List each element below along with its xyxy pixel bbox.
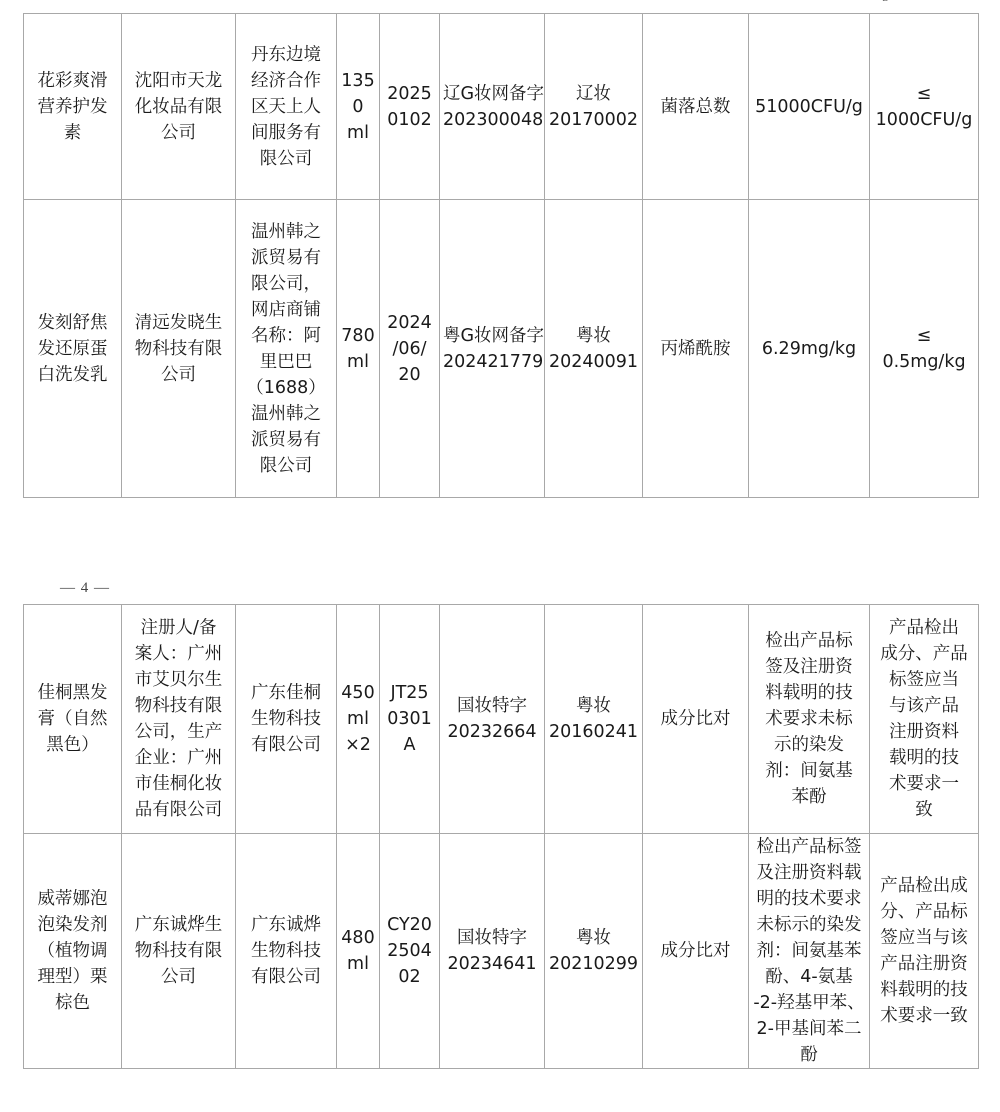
cell-text-line: 术要求一致 [873,1003,975,1029]
cell-text-line: 公司 [125,964,232,990]
product-name-cell: 佳桐黑发膏（自然黑色） [24,605,122,834]
cell-text-line: 温州韩之 [239,219,333,245]
cell-text-line: CY20 [383,912,436,938]
cell-text-line: 生物科技 [239,938,333,964]
cell-text-line: 成分、产品 [873,641,975,667]
cell-text-line: 及注册资料载 [752,860,866,886]
spec-cell: 780ml [337,200,380,498]
cell-text-line: 白洗发乳 [27,362,118,388]
cell-text-line: 产品检出成 [873,873,975,899]
batch-cell: 2024/06/20 [380,200,440,498]
cell-text-line: ≤ [873,323,975,349]
cell-text-line: 780 [340,323,376,349]
previous-page-number-fragment: 5 [882,0,896,3]
cell-text-line: 致 [873,797,975,823]
cell-text-line: 产品检出 [873,615,975,641]
cell-text-line: 2504 [383,938,436,964]
cell-text-line: 料载明的技 [752,680,866,706]
product-name-cell: 发刻舒焦发还原蛋白洗发乳 [24,200,122,498]
test-result-cell: 6.29mg/kg [749,200,870,498]
cell-text-line: 清远发晓生 [125,310,232,336]
cell-text-line: 区天上人 [239,94,333,120]
cell-text-line: 有限公司 [239,732,333,758]
spec-cell: 450ml×2 [337,605,380,834]
cell-text-line: 间服务有 [239,120,333,146]
cell-text-line: 示的染发 [752,732,866,758]
cell-text-line: 限公司， [239,271,333,297]
batch-cell: JT250301A [380,605,440,834]
cell-text-line: 未标示的染发 [752,912,866,938]
cell-text-line: 国妆特字 [443,693,541,719]
table-row: 发刻舒焦发还原蛋白洗发乳 清远发晓生物科技有限公司 温州韩之派贸易有限公司，网店… [24,200,979,498]
cell-text-line: 检出产品标 [752,628,866,654]
cell-text-line: 20160241 [548,719,639,745]
cell-text-line: 载明的技 [873,745,975,771]
standard-limit-cell: ≤1000CFU/g [870,14,979,200]
cell-text-line: 2025 [383,81,436,107]
cell-text-line: 辽G妆网备字 [443,81,541,107]
cell-text-line: 物科技有限 [125,336,232,362]
cell-text-line: 公司 [125,362,232,388]
cell-text-line: 素 [27,120,118,146]
cell-text-line: 辽妆 [548,81,639,107]
registrant-cell: 清远发晓生物科技有限公司 [122,200,236,498]
cell-text-line: 广东诚烨 [239,912,333,938]
registrant-cell: 沈阳市天龙化妆品有限公司 [122,14,236,200]
cell-text-line: 市艾贝尔生 [125,667,232,693]
cell-text-line: JT25 [383,680,436,706]
standard-limit-cell: 产品检出成分、产品标签应当与该产品注册资料载明的技术要求一致 [870,834,979,1069]
cell-text-line: 20210299 [548,951,639,977]
test-item-cell: 成分比对 [643,605,749,834]
cell-text-line: 丹东边境 [239,42,333,68]
cell-text-line: 市佳桐化妆 [125,771,232,797]
cell-text-line: 物科技有限 [125,938,232,964]
cell-text-line: 公司 [125,120,232,146]
cell-text-line: 苯酚 [752,784,866,810]
cell-text-line: ml [340,951,376,977]
cell-text-line: 限公司 [239,453,333,479]
cell-text-line: 有限公司 [239,964,333,990]
batch-cell: 20250102 [380,14,440,200]
standard-limit-cell: 产品检出成分、产品标签应当与该产品注册资料载明的技术要求一致 [870,605,979,834]
operator-cell: 丹东边境经济合作区天上人间服务有限公司 [236,14,337,200]
cell-text-line: 粤妆 [548,323,639,349]
cell-text-line: 产品注册资 [873,951,975,977]
cell-text-line: 02 [383,964,436,990]
cell-text-line: 黑色） [27,732,118,758]
cell-text-line: 营养护发 [27,94,118,120]
cell-text-line: 20240091 [548,349,639,375]
cell-text-line: 限公司 [239,146,333,172]
cell-text-line: 注册人/备 [125,615,232,641]
standard-limit-cell: ≤0.5mg/kg [870,200,979,498]
cell-text-line: 标签应当 [873,667,975,693]
cell-text-line: 剂：间氨基 [752,758,866,784]
cell-text-line: ml [340,706,376,732]
cell-text-line: 术要求未标 [752,706,866,732]
approval-number-cell: 辽G妆网备字2023000489 [440,14,545,200]
cell-text-line: 派贸易有 [239,245,333,271]
operator-cell: 广东诚烨生物科技有限公司 [236,834,337,1069]
registrant-cell: 广东诚烨生物科技有限公司 [122,834,236,1069]
cell-text-line: 膏（自然 [27,706,118,732]
approval-number-cell: 国妆特字20232664 [440,605,545,834]
product-name-cell: 威蒂娜泡泡染发剂（植物调理型）栗棕色 [24,834,122,1069]
operator-cell: 温州韩之派贸易有限公司，网店商铺名称：阿里巴巴（1688）温州韩之派贸易有限公司 [236,200,337,498]
test-result-cell: 检出产品标签及注册资料载明的技术要求未标示的染发剂：间氨基苯酚、4-氨基-2-羟… [749,834,870,1069]
table-row: 佳桐黑发膏（自然黑色） 注册人/备案人：广州市艾贝尔生物科技有限公司，生产企业：… [24,605,979,834]
cell-text-line: 理型）栗 [27,964,118,990]
cell-text-line: 签应当与该 [873,925,975,951]
test-result-cell: 51000CFU/g [749,14,870,200]
cell-text-line: 2-甲基间苯二 [752,1016,866,1042]
cell-text-line: 20 [383,362,436,388]
cell-text-line: 粤G妆网备字 [443,323,541,349]
cell-text-line: 酚、4-氨基 [752,964,866,990]
license-number-cell: 粤妆20160241 [545,605,643,834]
cell-text-line: 135 [340,68,376,94]
license-number-cell: 粤妆20240091 [545,200,643,498]
cell-text-line: 术要求一 [873,771,975,797]
cell-text-line: 棕色 [27,990,118,1016]
cell-text-line: 沈阳市天龙 [125,68,232,94]
cell-text-line: ≤ [873,81,975,107]
cell-text-line: 450 [340,680,376,706]
cell-text-line: 物科技有限 [125,693,232,719]
cell-text-line: 国妆特字 [443,925,541,951]
table-row: 威蒂娜泡泡染发剂（植物调理型）栗棕色 广东诚烨生物科技有限公司 广东诚烨生物科技… [24,834,979,1069]
cell-text-line: 1000CFU/g [873,107,975,133]
cell-text-line: 生物科技 [239,706,333,732]
cell-text-line: 网店商铺 [239,297,333,323]
cell-text-line: /06/ [383,336,436,362]
cell-text-line: 企业：广州 [125,745,232,771]
cell-text-line: -2-羟基甲苯、 [752,990,866,1016]
cell-text-line: 里巴巴 [239,349,333,375]
cell-text-line: 广东诚烨生 [125,912,232,938]
cell-text-line: 发还原蛋 [27,336,118,362]
cell-text-line: 粤妆 [548,925,639,951]
cell-text-line: 发刻舒焦 [27,310,118,336]
cell-text-line: A [383,732,436,758]
approval-number-cell: 国妆特字20234641 [440,834,545,1069]
cell-text-line: 20234641 [443,951,541,977]
cell-text-line: 注册资料 [873,719,975,745]
batch-cell: CY20250402 [380,834,440,1069]
table-row: 花彩爽滑营养护发素 沈阳市天龙化妆品有限公司 丹东边境经济合作区天上人间服务有限… [24,14,979,200]
cell-text-line: 分、产品标 [873,899,975,925]
operator-cell: 广东佳桐生物科技有限公司 [236,605,337,834]
inspection-results-table-continued: 花彩爽滑营养护发素 沈阳市天龙化妆品有限公司 丹东边境经济合作区天上人间服务有限… [23,13,979,498]
test-result-cell: 检出产品标签及注册资料载明的技术要求未标示的染发剂：间氨基苯酚 [749,605,870,834]
test-item-cell: 菌落总数 [643,14,749,200]
cell-text-line: 派贸易有 [239,427,333,453]
cell-text-line: 料载明的技 [873,977,975,1003]
cell-text-line: 威蒂娜泡 [27,886,118,912]
cell-text-line: 佳桐黑发 [27,680,118,706]
cell-text-line: 检出产品标签 [752,834,866,860]
cell-text-line: 粤妆 [548,693,639,719]
cell-text-line: 酚 [752,1042,866,1068]
inspection-results-table: 佳桐黑发膏（自然黑色） 注册人/备案人：广州市艾贝尔生物科技有限公司，生产企业：… [23,604,979,1069]
cell-text-line: 2023000489 [443,107,541,133]
spec-cell: 480ml [337,834,380,1069]
cell-text-line: 花彩爽滑 [27,68,118,94]
cell-text-line: 20170002 [548,107,639,133]
cell-text-line: 0102 [383,107,436,133]
cell-text-line: 温州韩之 [239,401,333,427]
approval-number-cell: 粤G妆网备字2024217791 [440,200,545,498]
license-number-cell: 粤妆20210299 [545,834,643,1069]
cell-text-line: 广东佳桐 [239,680,333,706]
cell-text-line: 480 [340,925,376,951]
test-item-cell: 成分比对 [643,834,749,1069]
cell-text-line: 与该产品 [873,693,975,719]
cell-text-line: ml [340,349,376,375]
cell-text-line: 泡染发剂 [27,912,118,938]
cell-text-line: 明的技术要求 [752,886,866,912]
cell-text-line: 2024217791 [443,349,541,375]
cell-text-line: 剂：间氨基苯 [752,938,866,964]
cell-text-line: ×2 [340,732,376,758]
cell-text-line: ml [340,120,376,146]
cell-text-line: 0301 [383,706,436,732]
cell-text-line: 2024 [383,310,436,336]
cell-text-line: 名称：阿 [239,323,333,349]
cell-text-line: 案人：广州 [125,641,232,667]
cell-text-line: 化妆品有限 [125,94,232,120]
cell-text-line: 公司，生产 [125,719,232,745]
cell-text-line: 品有限公司 [125,797,232,823]
test-item-cell: 丙烯酰胺 [643,200,749,498]
cell-text-line: 20232664 [443,719,541,745]
cell-text-line: 0 [340,94,376,120]
product-name-cell: 花彩爽滑营养护发素 [24,14,122,200]
cell-text-line: 签及注册资 [752,654,866,680]
cell-text-line: 0.5mg/kg [873,349,975,375]
page-number: — 4 — [60,580,110,597]
registrant-cell: 注册人/备案人：广州市艾贝尔生物科技有限公司，生产企业：广州市佳桐化妆品有限公司 [122,605,236,834]
spec-cell: 1350ml [337,14,380,200]
cell-text-line: （1688） [239,375,333,401]
cell-text-line: 经济合作 [239,68,333,94]
license-number-cell: 辽妆20170002 [545,14,643,200]
cell-text-line: （植物调 [27,938,118,964]
